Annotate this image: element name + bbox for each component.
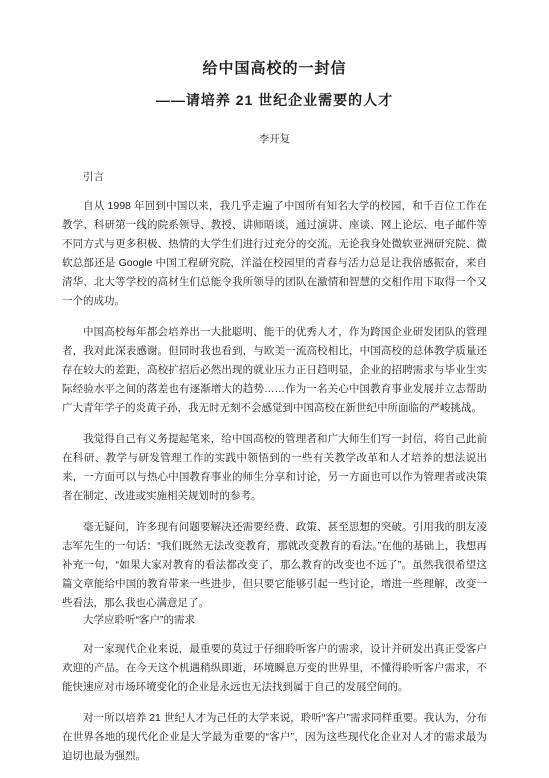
document-subtitle: ——请培养 21 世纪企业需要的人才 bbox=[62, 90, 487, 110]
paragraph: 自从 1998 年回到中国以来，我几乎走遍了中国所有知名大学的校园，和千百位工作… bbox=[62, 197, 487, 311]
section-heading-listen-to-customers: 大学应聆听“客户”的需求 bbox=[62, 613, 487, 627]
paragraph: 我觉得自己有义务提起笔来，给中国高校的管理者和广大师生们写一封信，将自己此前在科… bbox=[62, 430, 487, 506]
paragraph: 对一家现代企业来说，最重要的莫过于仔细聆听客户的需求，设计并研发出真正受客户欢迎… bbox=[62, 640, 487, 697]
paragraph: 中国高校每年都会培养出一大批聪明、能干的优秀人才，作为跨国企业研发团队的管理者，… bbox=[62, 323, 487, 418]
paragraph: 对一所以培养 21 世纪人才为己任的大学来说，聆听“客户”需求同样重要。我认为，… bbox=[62, 709, 487, 766]
section-introduction: 引言 自从 1998 年回到中国以来，我几乎走遍了中国所有知名大学的校园，和千百… bbox=[62, 170, 487, 613]
paragraph: 毫无疑问，许多现有问题要解决还需要经费、政策、甚至思想的突破。引用我的朋友凌志军… bbox=[62, 518, 487, 613]
section-listen-to-customers: 大学应聆听“客户”的需求 对一家现代企业来说，最重要的莫过于仔细聆听客户的需求，… bbox=[62, 613, 487, 766]
document-page: 给中国高校的一封信 ——请培养 21 世纪企业需要的人才 李开复 引言 自从 1… bbox=[0, 0, 549, 778]
author-name: 李开复 bbox=[62, 132, 487, 146]
document-title: 给中国高校的一封信 bbox=[62, 58, 487, 80]
section-heading-introduction: 引言 bbox=[62, 170, 487, 184]
